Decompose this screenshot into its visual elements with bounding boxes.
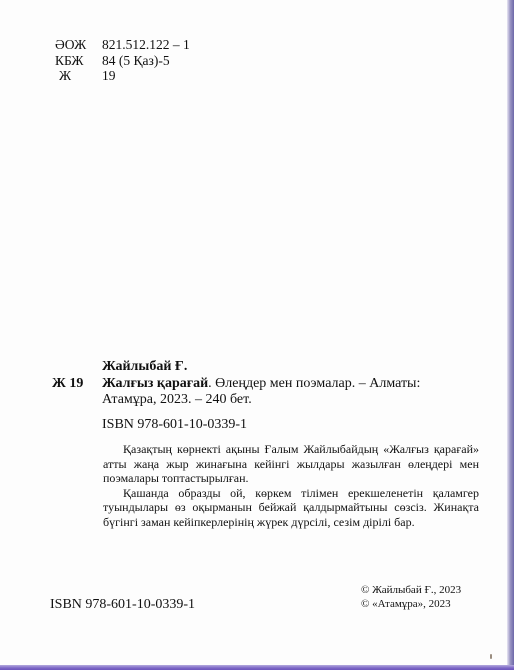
annotation: Қазақтың көрнекті ақыны Ғалым Жайлыбайды…: [103, 442, 479, 530]
book-page: ӘОЖ 821.512.122 – 1 КБЖ 84 (5 Қаз)-5 Ж 1…: [0, 0, 514, 670]
catalog-code: Ж 19: [52, 376, 102, 393]
classification-row-author-mark: Ж 19: [55, 68, 190, 84]
classification-codes: ӘОЖ 821.512.122 – 1 КБЖ 84 (5 Қаз)-5 Ж 1…: [55, 37, 190, 84]
classification-label: ӘОЖ: [55, 37, 102, 53]
catalog-title-row: Ж 19 Жалғыз қарағай. Өлеңдер мен поэмала…: [52, 376, 462, 393]
annotation-paragraph: Қазақтың көрнекті ақыны Ғалым Жайлыбайды…: [103, 442, 479, 486]
classification-label: Ж: [55, 68, 102, 84]
catalog-card: Жайлыбай Ғ. Ж 19 Жалғыз қарағай. Өлеңдер…: [52, 359, 462, 433]
classification-value: 19: [102, 68, 116, 84]
catalog-title: Жалғыз қарағай: [102, 376, 208, 391]
footer-isbn: ISBN 978-601-10-0339-1: [50, 597, 195, 613]
scan-speck: [490, 654, 492, 659]
page-edge-bottom: [0, 665, 514, 670]
copyright-publisher: © «Атамұра», 2023: [361, 598, 461, 612]
catalog-subtitle: . Өлеңдер мен поэмалар. – Алматы:: [208, 376, 420, 391]
copyright-block: © Жайлыбай Ғ., 2023 © «Атамұра», 2023: [361, 584, 461, 611]
catalog-isbn: ISBN 978-601-10-0339-1: [102, 417, 462, 434]
catalog-description: Жалғыз қарағай. Өлеңдер мен поэмалар. – …: [102, 376, 462, 393]
classification-label: КБЖ: [55, 53, 102, 69]
classification-row-bbk: КБЖ 84 (5 Қаз)-5: [55, 53, 190, 69]
page-edge-right: [507, 0, 514, 670]
copyright-author: © Жайлыбай Ғ., 2023: [361, 584, 461, 598]
catalog-publisher: Атамұра, 2023. – 240 бет.: [102, 392, 462, 409]
classification-row-udc: ӘОЖ 821.512.122 – 1: [55, 37, 190, 53]
annotation-paragraph: Қашанда образды ой, көркем тілімен ерекш…: [103, 486, 479, 530]
catalog-author: Жайлыбай Ғ.: [102, 359, 462, 376]
classification-value: 84 (5 Қаз)-5: [102, 53, 170, 69]
classification-value: 821.512.122 – 1: [102, 37, 190, 53]
